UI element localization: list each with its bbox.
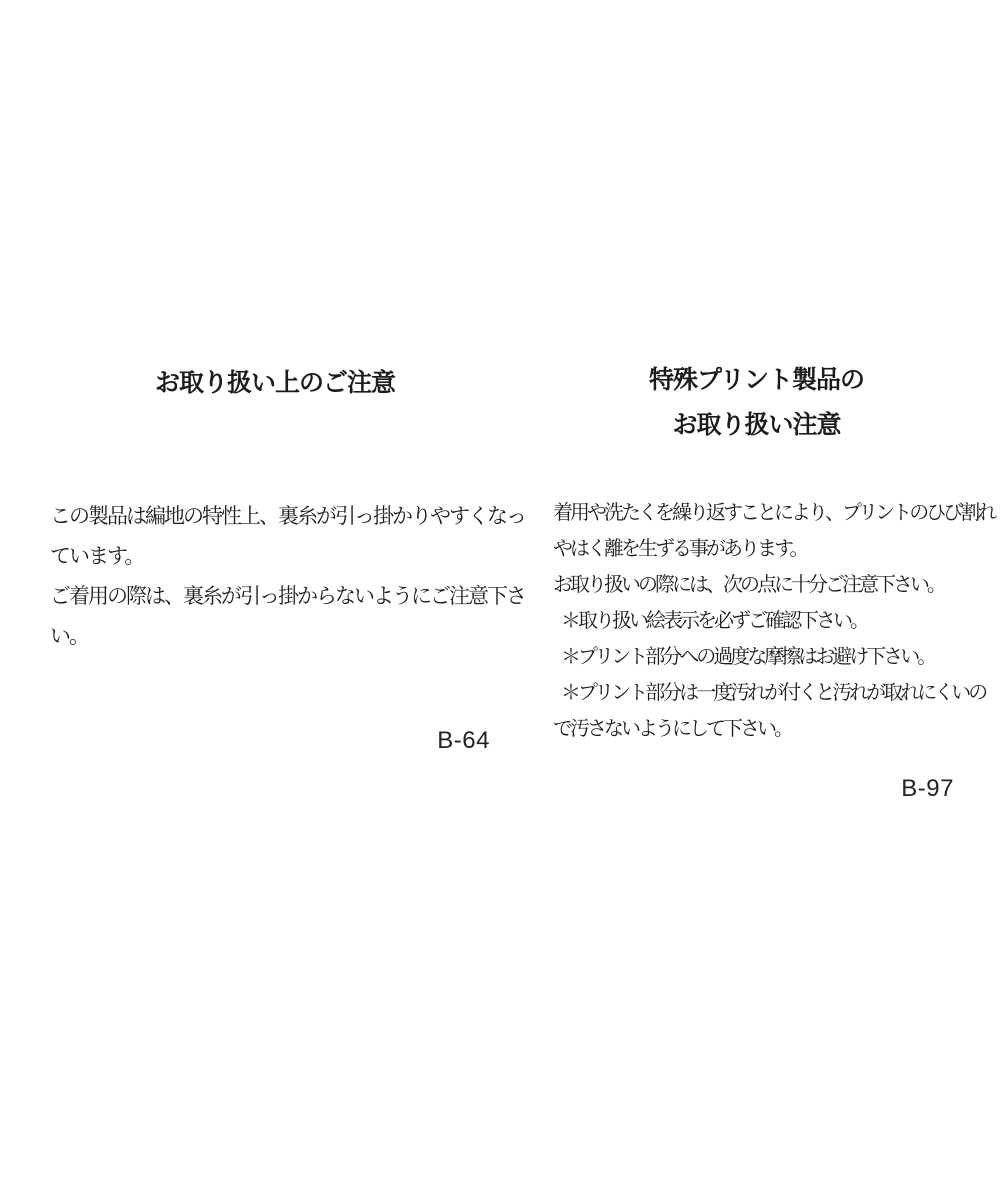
general-care-reference-code: B-64 xyxy=(50,727,500,755)
general-care-body-line: ています。 xyxy=(50,537,500,577)
print-care-body: 着用や洗たくを繰り返すことにより、プリントのひび割れ やはく離を生ずる事がありま… xyxy=(553,495,960,747)
general-care-body: この製品は編地の特性上、裏糸が引っ掛かりやすくなっ ています。 ご着用の際は、裏… xyxy=(50,497,500,657)
general-care-body-line: い。 xyxy=(50,617,500,657)
general-care-panel: お取り扱い上のご注意 この製品は編地の特性上、裏糸が引っ掛かりやすくなっ ていま… xyxy=(50,368,500,755)
print-care-bullet-line: ＊プリント部分への過度な摩擦はお避け下さい。 xyxy=(553,639,960,675)
print-care-bullet-line: ＊プリント部分は一度汚れが付くと汚れが取れにくいの xyxy=(553,675,960,711)
print-care-title-line: お取り扱い注意 xyxy=(553,403,960,448)
print-care-body-line: やはく離を生ずる事があります。 xyxy=(553,531,960,567)
general-care-body-line: この製品は編地の特性上、裏糸が引っ掛かりやすくなっ xyxy=(50,497,500,537)
print-care-title-line: 特殊プリント製品の xyxy=(553,358,960,403)
print-care-reference-code: B-97 xyxy=(553,775,960,803)
print-care-body-line: 着用や洗たくを繰り返すことにより、プリントのひび割れ xyxy=(553,495,960,531)
print-care-body-line: お取り扱いの際には、次の点に十分ご注意下さい。 xyxy=(553,567,960,603)
print-care-body-line: で汚さないようにして下さい。 xyxy=(553,711,960,747)
care-instructions-sheet: お取り扱い上のご注意 この製品は編地の特性上、裏糸が引っ掛かりやすくなっ ていま… xyxy=(0,0,1000,1200)
general-care-body-line: ご着用の際は、裏糸が引っ掛からないようにご注意下さ xyxy=(50,577,500,617)
print-care-panel: 特殊プリント製品の お取り扱い注意 着用や洗たくを繰り返すことにより、プリントの… xyxy=(553,358,960,803)
general-care-title: お取り扱い上のご注意 xyxy=(50,368,500,398)
print-care-bullet-line: ＊取り扱い絵表示を必ずご確認下さい。 xyxy=(553,603,960,639)
print-care-title: 特殊プリント製品の お取り扱い注意 xyxy=(553,358,960,448)
